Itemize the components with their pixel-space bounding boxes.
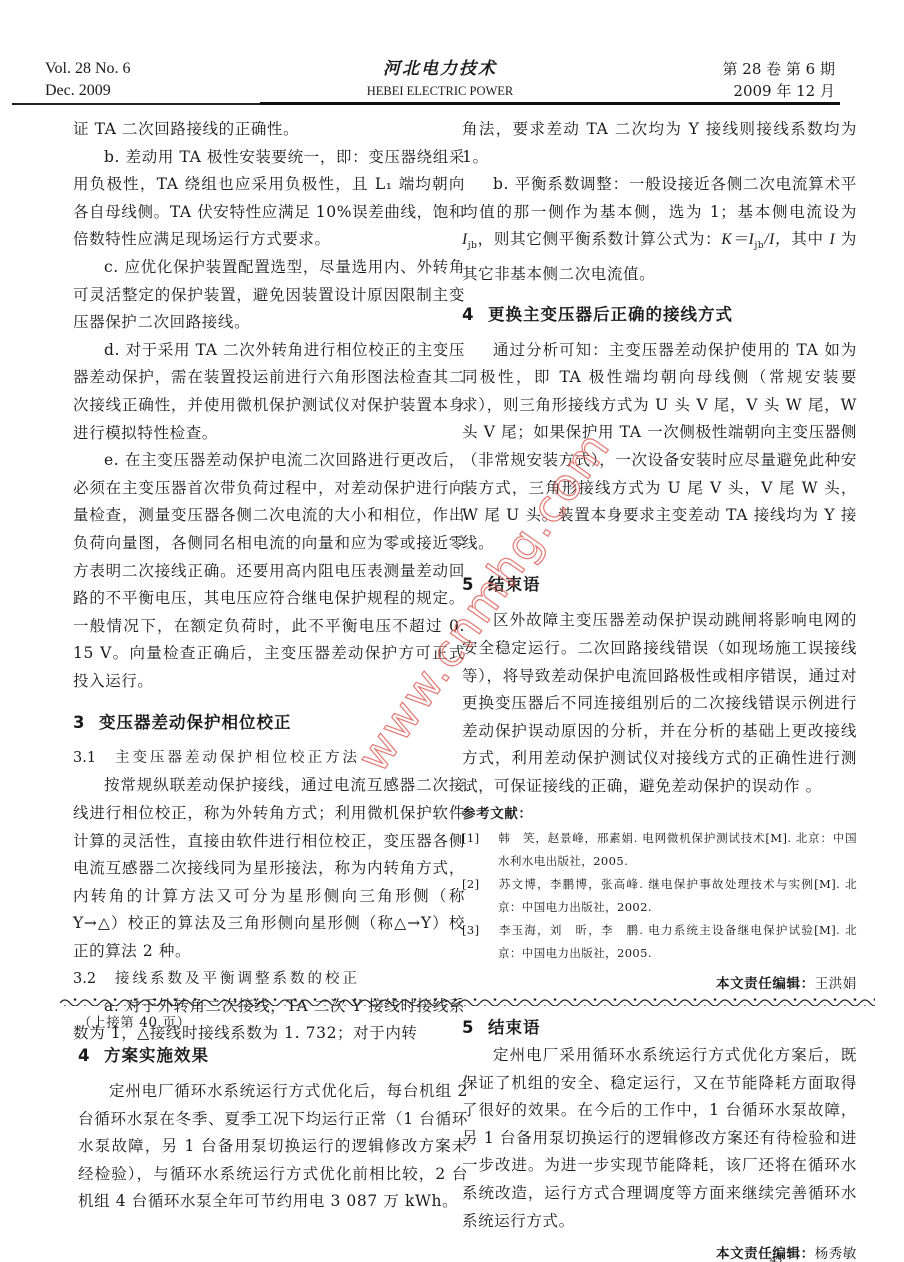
running-header: Vol. 28 No. 6 Dec. 2009 河北电力技术 HEBEI ELE… [45, 58, 835, 102]
reference-item: [1]韩 笑，赵景峰，邢素娟. 电网微机保护测试技术[M]. 北京：中国水利水电… [462, 827, 857, 873]
volume-issue-cn: 第 28 卷 第 6 期 [723, 58, 835, 80]
section-number: 4 [78, 1042, 104, 1070]
subsection-title: 接线系数及平衡调整系数的校正 [115, 971, 360, 987]
section-number: 4 [462, 301, 488, 329]
article1-left-column: 证 TA 二次回路接线的正确性。 b. 差动用 TA 极性安装要统一，即：变压器… [73, 116, 465, 1048]
page-number: 43 [770, 1252, 782, 1262]
subsection-title: 主变压器差动保护相位校正方法 [115, 750, 360, 766]
text-run: b. 平衡系数调整：一般设接近各侧二次电流算术平均值的那一侧作为基本侧，选为 1… [462, 175, 857, 221]
references-title: 参考文献： [462, 801, 857, 827]
reference-number: [2] [462, 873, 498, 896]
paragraph: 按常规纵联差动保护接线，通过电流互感器二次接线进行相位校正，称为外转角方式；利用… [73, 772, 465, 965]
paragraph-item-e: e. 在主变压器差动保护电流二次回路进行更改后，必须在主变压器首次带负荷过程中，… [73, 447, 465, 695]
paragraph: 证 TA 二次回路接线的正确性。 [73, 116, 465, 144]
header-right: 第 28 卷 第 6 期 2009 年 12 月 [723, 58, 835, 102]
wavy-separator [60, 994, 875, 1006]
journal-title-en: HEBEI ELECTRIC POWER [45, 80, 835, 102]
header-center: 河北电力技术 HEBEI ELECTRIC POWER [45, 58, 835, 102]
editor-label: 本文责任编辑： [716, 1246, 815, 1262]
reference-text: 苏文博，李鹏博，张高峰. 继电保护事故处理技术与实例[M]. 北京：中国电力出版… [498, 877, 857, 914]
section-heading-4: 4方案实施效果 [78, 1042, 468, 1070]
continued-from-note: （上接第 40 页） [78, 1010, 468, 1036]
subsection-heading-3-2: 3.2接线系数及平衡调整系数的校正 [73, 966, 465, 993]
paragraph: 定州电厂循环水系统运行方式优化后，每台机组 2 台循环水泵在冬季、夏季工况下均运… [78, 1078, 468, 1216]
formula: K＝I [721, 231, 754, 248]
section-title: 结束语 [488, 1018, 541, 1037]
references-list: [1]韩 笑，赵景峰，邢素娟. 电网微机保护测试技术[M]. 北京：中国水利水电… [462, 827, 857, 965]
reference-number: [3] [462, 919, 498, 942]
section-heading-5: 5结束语 [462, 1014, 857, 1042]
subscript: jb [468, 241, 478, 251]
section-number: 3 [73, 709, 99, 737]
subscript: jb [754, 241, 764, 251]
reference-item: [2]苏文博，李鹏博，张高峰. 继电保护事故处理技术与实例[M]. 北京：中国电… [462, 873, 857, 919]
text-run: ，则其它侧平衡系数计算公式为： [478, 230, 722, 248]
section-title: 更换主变压器后正确的接线方式 [488, 305, 733, 324]
section-title: 变压器差动保护相位校正 [99, 713, 292, 732]
paragraph-item-b: b. 差动用 TA 极性安装要统一，即：变压器绕组采用负极性，TA 绕组也应采用… [73, 144, 465, 254]
article2-left-column: （上接第 40 页） 4方案实施效果 定州电厂循环水系统运行方式优化后，每台机组… [78, 1010, 468, 1216]
reference-number: [1] [462, 827, 498, 850]
responsible-editor: 本文责任编辑：杨秀敏 [462, 1239, 857, 1262]
journal-title-cn: 河北电力技术 [45, 58, 835, 80]
reference-item: [3]李玉海，刘 昕，李 鹏. 电力系统主设备继电保护试验[M]. 北京：中国电… [462, 919, 857, 965]
reference-text: 韩 笑，赵景峰，邢素娟. 电网微机保护测试技术[M]. 北京：中国水利水电出版社… [498, 831, 857, 868]
paragraph: 区外故障主变压器差动保护误动跳闸将影响电网的安全稳定运行。二次回路接线错误（如现… [462, 607, 857, 800]
subsection-number: 3.1 [73, 745, 115, 772]
formula-tail: /I， [764, 231, 791, 248]
article2-right-column: 5结束语 定州电厂采用循环水系统运行方式优化方案后，既保证了机组的安全、稳定运行… [462, 1010, 857, 1262]
section-title: 方案实施效果 [104, 1046, 209, 1065]
editor-name: 王洪娟 [815, 976, 857, 992]
header-rule-bold [260, 102, 840, 105]
reference-text: 李玉海，刘 昕，李 鹏. 电力系统主设备继电保护试验[M]. 北京：中国电力出版… [498, 923, 857, 960]
text-run: 其中 [791, 230, 829, 248]
date-cn: 2009 年 12 月 [723, 80, 835, 102]
paragraph-item-d: d. 对于采用 TA 二次外转角进行相位校正的主变压器差动保护，需在装置投运前进… [73, 337, 465, 447]
editor-name: 杨秀敏 [815, 1246, 857, 1262]
paragraph: 定州电厂采用循环水系统运行方式优化方案后，既保证了机组的安全、稳定运行，又在节能… [462, 1042, 857, 1235]
paragraph-item-b: b. 平衡系数调整：一般设接近各侧二次电流算术平均值的那一侧作为基本侧，选为 1… [462, 171, 857, 288]
section-heading-4: 4更换主变压器后正确的接线方式 [462, 301, 857, 329]
paragraph-continued: 角法，要求差动 TA 二次均为 Y 接线则接线系数均为 1。 [462, 116, 857, 171]
journal-page: Vol. 28 No. 6 Dec. 2009 河北电力技术 HEBEI ELE… [0, 0, 904, 1262]
editor-label: 本文责任编辑： [716, 976, 815, 992]
subsection-number: 3.2 [73, 966, 115, 993]
section-number: 5 [462, 1014, 488, 1042]
paragraph-item-c: c. 应优化保护装置配置选型，尽量选用内、外转角可灵活整定的保护装置，避免因装置… [73, 254, 465, 337]
